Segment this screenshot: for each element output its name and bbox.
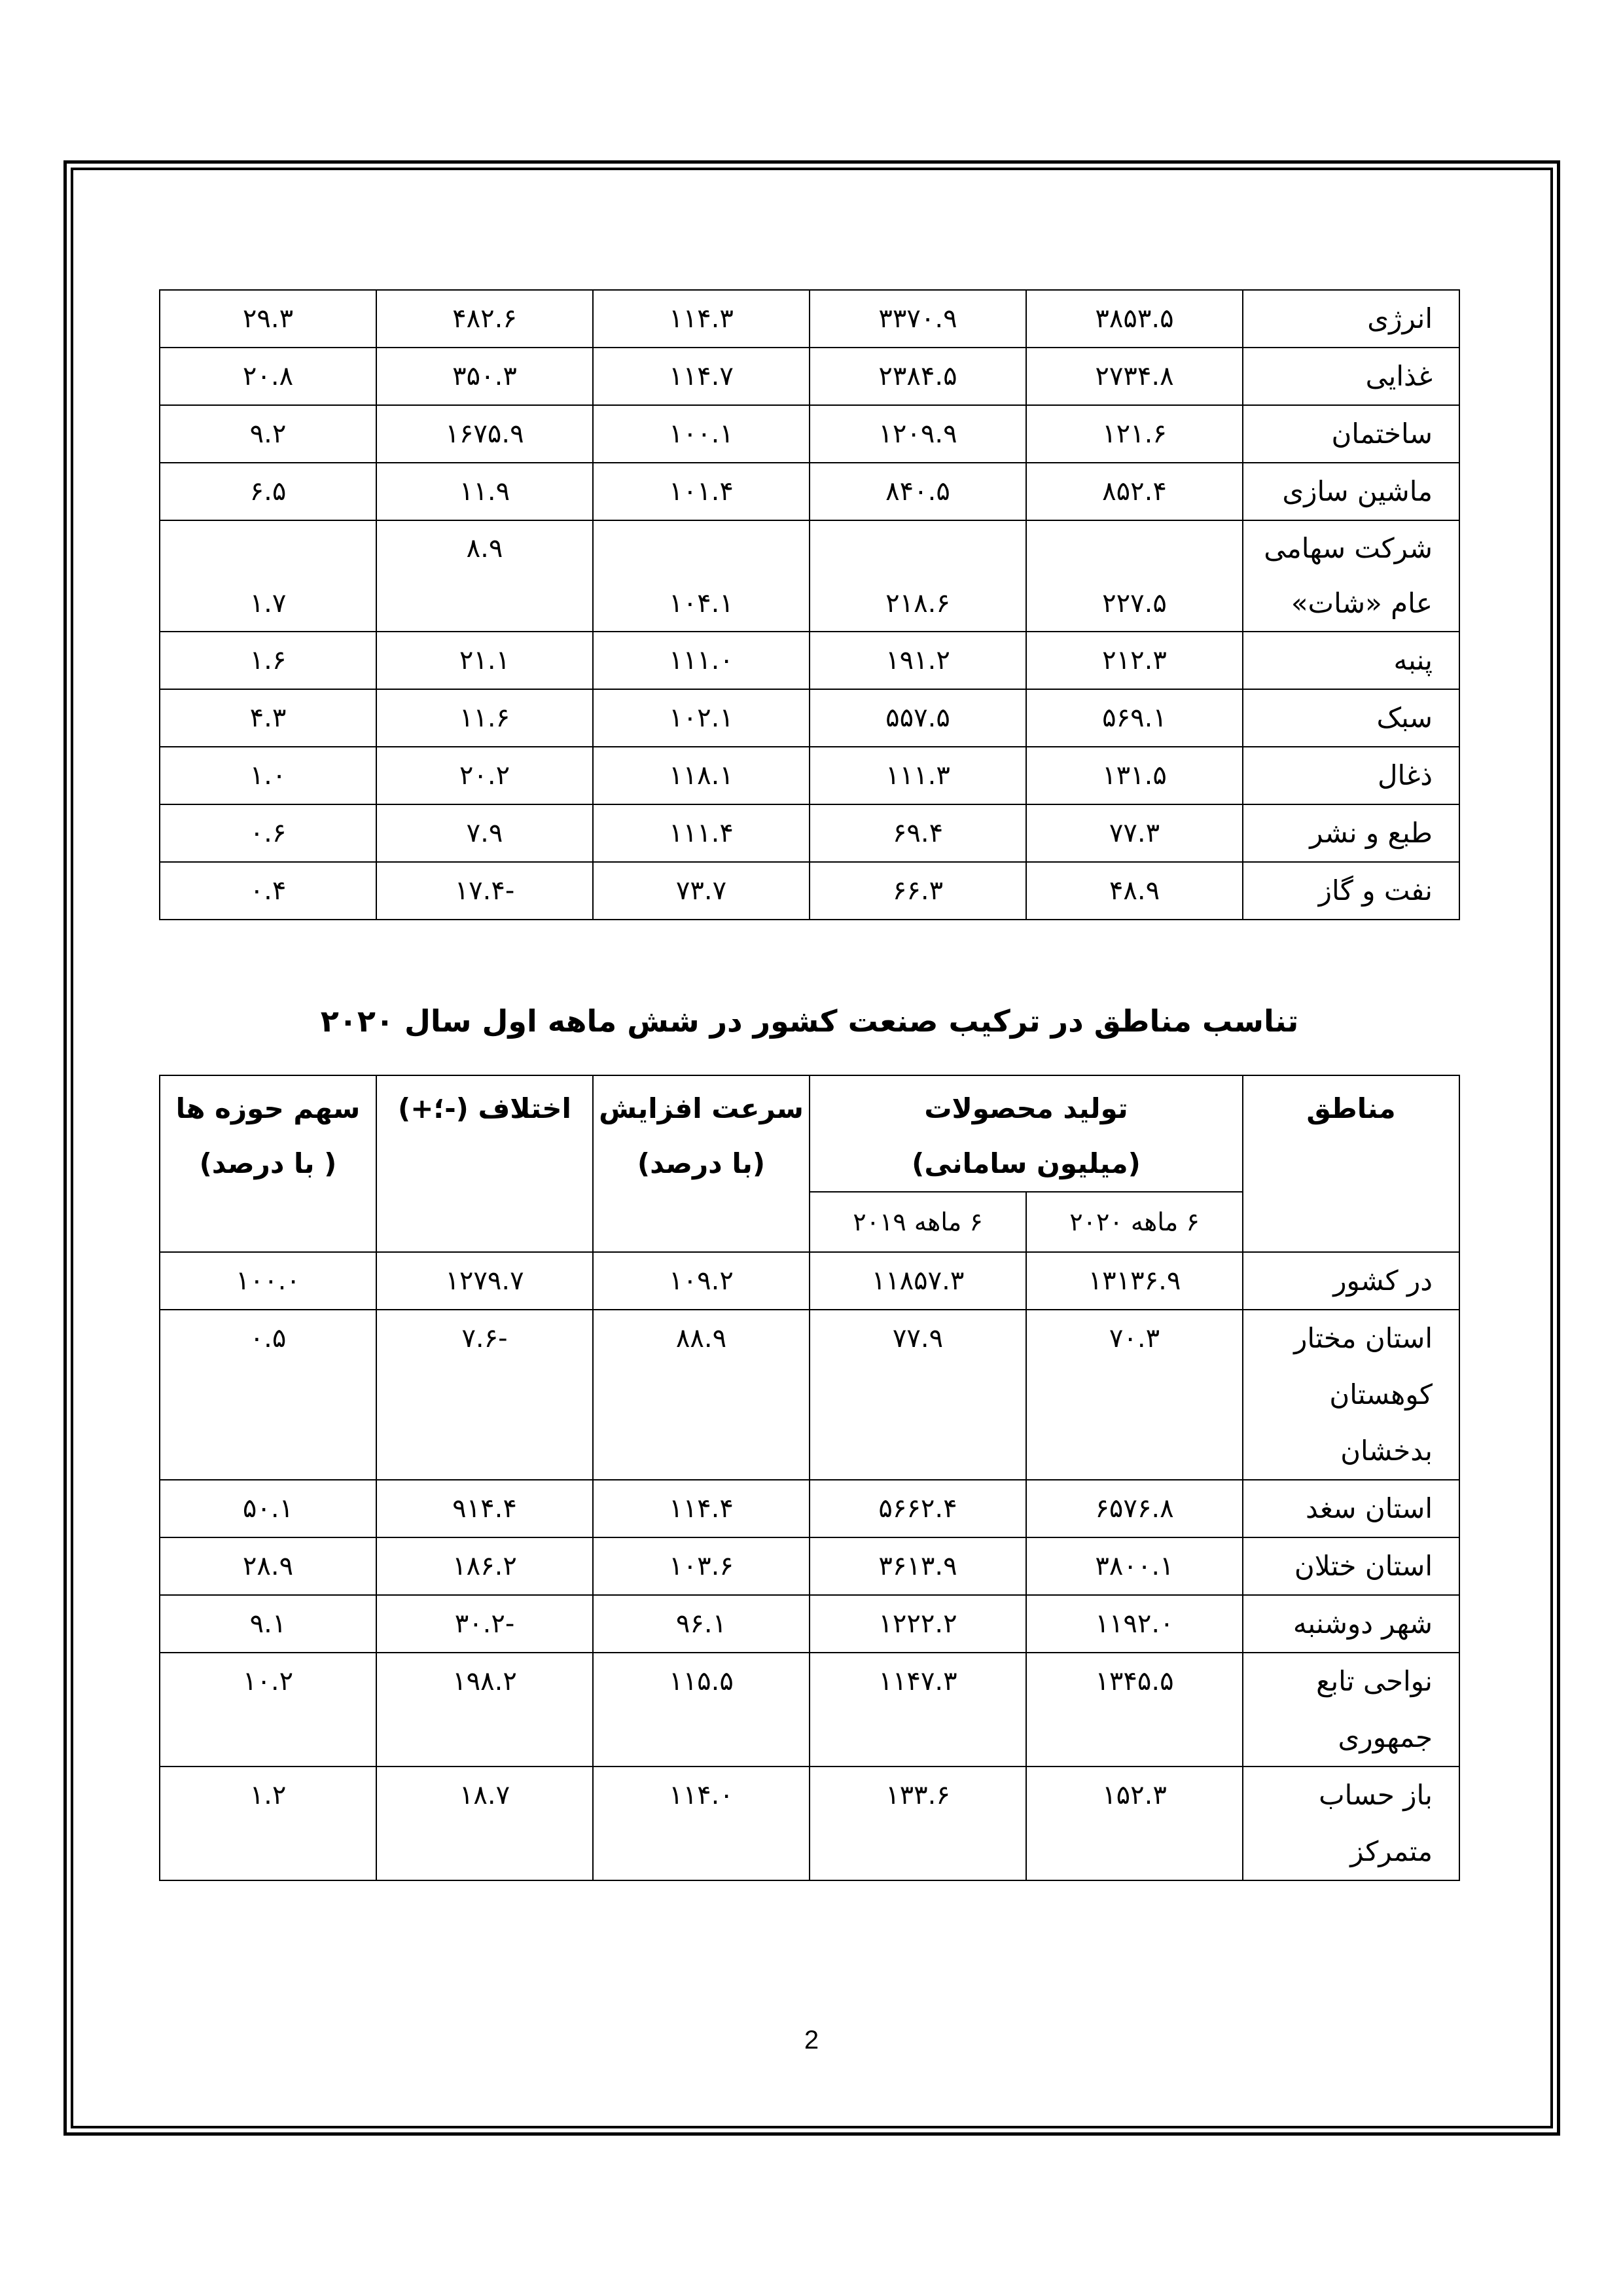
- value-2020: ۱۳۴۵.۵: [1026, 1653, 1243, 1767]
- value-2019: ۵۵۷.۵: [810, 689, 1026, 747]
- growth-rate: ۱۱۸.۱: [593, 747, 810, 804]
- growth-rate: ۱۱۴.۰: [593, 1767, 810, 1880]
- growth-rate: ۱۰۹.۲: [593, 1252, 810, 1310]
- sector-name-line1: شرکت سهامی: [1243, 521, 1433, 576]
- table-row: انرژی ۳۸۵۳.۵ ۳۳۷۰.۹ ۱۱۴.۳ ۴۸۲.۶ ۲۹.۳: [160, 290, 1459, 348]
- header-share: سهم حوزه ها ( با درصد): [160, 1075, 376, 1252]
- sector-name: شرکت سهامی عام «شات»: [1243, 520, 1459, 632]
- difference: ۲۰.۲: [376, 747, 593, 804]
- table-row: ذغال ۱۳۱.۵ ۱۱۱.۳ ۱۱۸.۱ ۲۰.۲ ۱.۰: [160, 747, 1459, 804]
- value-2019: ۲۱۸.۶: [810, 520, 1026, 632]
- table-row: سبک ۵۶۹.۱ ۵۵۷.۵ ۱۰۲.۱ ۱۱.۶ ۴.۳: [160, 689, 1459, 747]
- value-2020: ۴۸.۹: [1026, 862, 1243, 920]
- value-2019: ۱۱۱.۳: [810, 747, 1026, 804]
- sector-name: نفت و گاز: [1243, 862, 1459, 920]
- value-2020: ۶۵۷۶.۸: [1026, 1480, 1243, 1537]
- value-2020: ۲۱۲.۳: [1026, 632, 1243, 689]
- growth-rate: ۱۱۵.۵: [593, 1653, 810, 1767]
- header-row: مناطق تولید محصولات (میلیون سامانی) سرعت…: [160, 1075, 1459, 1192]
- share: ۱.۷: [160, 520, 376, 632]
- value-2020: ۷۷.۳: [1026, 804, 1243, 862]
- value-2019: ۷۷.۹: [810, 1310, 1026, 1480]
- difference: ۷.۹: [376, 804, 593, 862]
- table-row: استان مختار کوهستان بدخشان ۷۰.۳ ۷۷.۹ ۸۸.…: [160, 1310, 1459, 1480]
- difference: ۱۹۸.۲: [376, 1653, 593, 1767]
- difference: ۱۱.۹: [376, 463, 593, 520]
- value-2019: ۶۹.۴: [810, 804, 1026, 862]
- share: ۰.۶: [160, 804, 376, 862]
- table-row: شهر دوشنبه ۱۱۹۲.۰ ۱۲۲۲.۲ ۹۶.۱ -۳۰.۲ ۹.۱: [160, 1595, 1459, 1653]
- region-name: باز حساب متمرکز: [1243, 1767, 1459, 1880]
- table-row: ماشین سازی ۸۵۲.۴ ۸۴۰.۵ ۱۰۱.۴ ۱۱.۹ ۶.۵: [160, 463, 1459, 520]
- table-row: طبع و نشر ۷۷.۳ ۶۹.۴ ۱۱۱.۴ ۷.۹ ۰.۶: [160, 804, 1459, 862]
- subheader-2019: ۶ ماهه ۲۰۱۹: [810, 1192, 1026, 1252]
- header-production-line1: تولید محصولات: [810, 1081, 1242, 1136]
- share: ۴.۳: [160, 689, 376, 747]
- share: ۲۰.۸: [160, 348, 376, 405]
- growth-rate: ۷۳.۷: [593, 862, 810, 920]
- value-2020: ۵۶۹.۱: [1026, 689, 1243, 747]
- region-name-line2: متمرکز: [1243, 1823, 1433, 1880]
- region-name: نواحی تابع جمهوری: [1243, 1653, 1459, 1767]
- header-share-line1: سهم حوزه ها: [160, 1081, 376, 1136]
- difference: ۲۱.۱: [376, 632, 593, 689]
- value-2020: ۲۲۷.۵: [1026, 520, 1243, 632]
- share: ۱۰۰.۰: [160, 1252, 376, 1310]
- value-2020: ۷۰.۳: [1026, 1310, 1243, 1480]
- difference: ۴۸۲.۶: [376, 290, 593, 348]
- growth-rate: ۸۸.۹: [593, 1310, 810, 1480]
- value-2019: ۳۶۱۳.۹: [810, 1537, 1026, 1595]
- difference: ۱۸۶.۲: [376, 1537, 593, 1595]
- value-2019: ۵۶۶۲.۴: [810, 1480, 1026, 1537]
- value-2019: ۱۱۸۵۷.۳: [810, 1252, 1026, 1310]
- difference: -۱۷.۴: [376, 862, 593, 920]
- share: ۱۰.۲: [160, 1653, 376, 1767]
- region-name: شهر دوشنبه: [1243, 1595, 1459, 1653]
- value-2019: ۳۳۷۰.۹: [810, 290, 1026, 348]
- table-row: ساختمان ۱۲۱.۶ ۱۲۰۹.۹ ۱۰۰.۱ ۱۶۷۵.۹ ۹.۲: [160, 405, 1459, 463]
- value-2020: ۱۱۹۲.۰: [1026, 1595, 1243, 1653]
- growth-rate: ۱۱۱.۰: [593, 632, 810, 689]
- sector-name: پنبه: [1243, 632, 1459, 689]
- region-name: استان مختار کوهستان بدخشان: [1243, 1310, 1459, 1480]
- share: ۵۰.۱: [160, 1480, 376, 1537]
- value-2019: ۸۴۰.۵: [810, 463, 1026, 520]
- difference: ۱۶۷۵.۹: [376, 405, 593, 463]
- difference: ۱۸.۷: [376, 1767, 593, 1880]
- difference: ۱۱.۶: [376, 689, 593, 747]
- difference: ۳۵۰.۳: [376, 348, 593, 405]
- value-2019: ۱۳۳.۶: [810, 1767, 1026, 1880]
- page-number: 2: [0, 2026, 1623, 2055]
- growth-rate: ۱۰۴.۱: [593, 520, 810, 632]
- value-2020: ۲۷۳۴.۸: [1026, 348, 1243, 405]
- growth-rate: ۱۱۴.۷: [593, 348, 810, 405]
- sector-name: ماشین سازی: [1243, 463, 1459, 520]
- regions-table: مناطق تولید محصولات (میلیون سامانی) سرعت…: [159, 1075, 1460, 1881]
- sector-name: ساختمان: [1243, 405, 1459, 463]
- value-2019: ۱۱۴۷.۳: [810, 1653, 1026, 1767]
- growth-rate: ۱۱۱.۴: [593, 804, 810, 862]
- header-production: تولید محصولات (میلیون سامانی): [810, 1075, 1243, 1192]
- header-production-line2: (میلیون سامانی): [810, 1136, 1242, 1191]
- growth-rate: ۱۰۱.۴: [593, 463, 810, 520]
- region-name-line1: استان مختار: [1243, 1310, 1433, 1367]
- growth-rate: ۱۰۲.۱: [593, 689, 810, 747]
- table-row: غذایی ۲۷۳۴.۸ ۲۳۸۴.۵ ۱۱۴.۷ ۳۵۰.۳ ۲۰.۸: [160, 348, 1459, 405]
- sector-name: سبک: [1243, 689, 1459, 747]
- share: ۶.۵: [160, 463, 376, 520]
- share: ۱.۲: [160, 1767, 376, 1880]
- header-growth: سرعت افزایش (با درصد): [593, 1075, 810, 1252]
- value-2020: ۱۲۱.۶: [1026, 405, 1243, 463]
- growth-rate: ۱۱۴.۴: [593, 1480, 810, 1537]
- table-row: پنبه ۲۱۲.۳ ۱۹۱.۲ ۱۱۱.۰ ۲۱.۱ ۱.۶: [160, 632, 1459, 689]
- share: ۹.۲: [160, 405, 376, 463]
- header-share-line2: ( با درصد): [160, 1136, 376, 1191]
- growth-rate: ۱۱۴.۳: [593, 290, 810, 348]
- regions-table-title: تناسب مناطق در ترکیب صنعت کشور در شش ماه…: [159, 982, 1460, 1060]
- sectors-table-continued: انرژی ۳۸۵۳.۵ ۳۳۷۰.۹ ۱۱۴.۳ ۴۸۲.۶ ۲۹.۳ غذا…: [159, 289, 1460, 920]
- value-2019: ۱۲۲۲.۲: [810, 1595, 1026, 1653]
- region-name: استان ختلان: [1243, 1537, 1459, 1595]
- share: ۰.۵: [160, 1310, 376, 1480]
- region-name-line1: باز حساب: [1243, 1767, 1433, 1823]
- header-growth-line1: سرعت افزایش: [594, 1081, 809, 1136]
- sector-name: طبع و نشر: [1243, 804, 1459, 862]
- sector-name-line2: عام «شات»: [1243, 576, 1433, 631]
- difference: ۱۲۷۹.۷: [376, 1252, 593, 1310]
- value-2020: ۳۸۵۳.۵: [1026, 290, 1243, 348]
- share: ۱.۰: [160, 747, 376, 804]
- header-regions: مناطق: [1243, 1075, 1459, 1252]
- share: ۱.۶: [160, 632, 376, 689]
- header-growth-line2: (با درصد): [594, 1136, 809, 1191]
- value-2020: ۳۸۰۰.۱: [1026, 1537, 1243, 1595]
- table-row: در کشور ۱۳۱۳۶.۹ ۱۱۸۵۷.۳ ۱۰۹.۲ ۱۲۷۹.۷ ۱۰۰…: [160, 1252, 1459, 1310]
- value-2019: ۱۹۱.۲: [810, 632, 1026, 689]
- value-2019: ۲۳۸۴.۵: [810, 348, 1026, 405]
- table-row: شرکت سهامی عام «شات» ۲۲۷.۵ ۲۱۸.۶ ۱۰۴.۱ ۸…: [160, 520, 1459, 632]
- value-2020: ۱۳۱۳۶.۹: [1026, 1252, 1243, 1310]
- share: ۲۸.۹: [160, 1537, 376, 1595]
- header-difference: اختلاف (-؛+): [376, 1075, 593, 1252]
- share: ۰.۴: [160, 862, 376, 920]
- subheader-2020: ۶ ماهه ۲۰۲۰: [1026, 1192, 1243, 1252]
- table-row: باز حساب متمرکز ۱۵۲.۳ ۱۳۳.۶ ۱۱۴.۰ ۱۸.۷ ۱…: [160, 1767, 1459, 1880]
- table-row: نواحی تابع جمهوری ۱۳۴۵.۵ ۱۱۴۷.۳ ۱۱۵.۵ ۱۹…: [160, 1653, 1459, 1767]
- table-row: استان ختلان ۳۸۰۰.۱ ۳۶۱۳.۹ ۱۰۳.۶ ۱۸۶.۲ ۲۸…: [160, 1537, 1459, 1595]
- value-2020: ۱۳۱.۵: [1026, 747, 1243, 804]
- value-2020: ۸۵۲.۴: [1026, 463, 1243, 520]
- region-name: در کشور: [1243, 1252, 1459, 1310]
- share: ۲۹.۳: [160, 290, 376, 348]
- region-name-line2: جمهوری: [1243, 1710, 1433, 1766]
- region-name-line3: بدخشان: [1243, 1423, 1433, 1479]
- table-row: استان سغد ۶۵۷۶.۸ ۵۶۶۲.۴ ۱۱۴.۴ ۹۱۴.۴ ۵۰.۱: [160, 1480, 1459, 1537]
- difference: -۳۰.۲: [376, 1595, 593, 1653]
- difference: ۹۱۴.۴: [376, 1480, 593, 1537]
- value-2019: ۱۲۰۹.۹: [810, 405, 1026, 463]
- value-2019: ۶۶.۳: [810, 862, 1026, 920]
- region-name-line1: نواحی تابع: [1243, 1653, 1433, 1710]
- growth-rate: ۱۰۰.۱: [593, 405, 810, 463]
- growth-rate: ۹۶.۱: [593, 1595, 810, 1653]
- sector-name: انرژی: [1243, 290, 1459, 348]
- growth-rate: ۱۰۳.۶: [593, 1537, 810, 1595]
- sector-name: ذغال: [1243, 747, 1459, 804]
- sector-name: غذایی: [1243, 348, 1459, 405]
- difference: -۷.۶: [376, 1310, 593, 1480]
- difference: ۸.۹: [376, 520, 593, 632]
- region-name-line2: کوهستان: [1243, 1367, 1433, 1423]
- share: ۹.۱: [160, 1595, 376, 1653]
- table-row: نفت و گاز ۴۸.۹ ۶۶.۳ ۷۳.۷ -۱۷.۴ ۰.۴: [160, 862, 1459, 920]
- region-name: استان سغد: [1243, 1480, 1459, 1537]
- value-2020: ۱۵۲.۳: [1026, 1767, 1243, 1880]
